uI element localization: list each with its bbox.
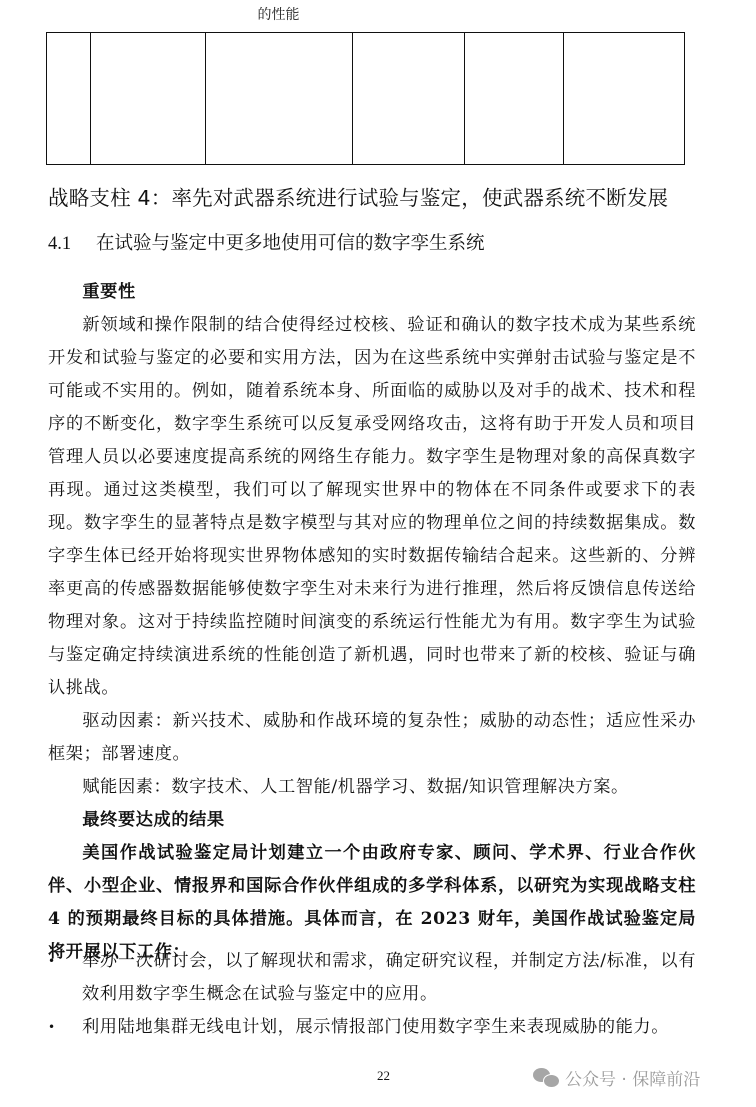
list-item: • 举办一次研讨会，以了解现状和需求，确定研究议程，并制定方法/标准，以有效利用… (48, 945, 696, 1011)
pillar-heading: 战略支柱 4：率先对武器系统进行试验与鉴定，使武器系统不断发展 (48, 181, 668, 211)
bullet-icon: • (48, 1011, 56, 1044)
watermark: 公众号 · 保障前沿 (533, 1063, 700, 1091)
watermark-text: 公众号 · 保障前沿 (565, 1065, 700, 1090)
section-number: 4.1 (48, 234, 96, 255)
list-item-text: 举办一次研讨会，以了解现状和需求，确定研究议程，并制定方法/标准，以有效利用数字… (82, 951, 696, 1004)
end-state-label: 最终要达成的结果 (48, 804, 696, 837)
bullet-icon: • (48, 945, 56, 978)
table-cell-text: 的性能 (205, 4, 352, 24)
list-item: • 利用陆地集群无线电计划，展示情报部门使用数字孪生来表现威胁的能力。 (48, 1011, 696, 1044)
drivers-paragraph: 驱动因素：新兴技术、威胁和作战环境的复杂性；威胁的动态性；适应性采办框架；部署速… (48, 705, 696, 771)
importance-label: 重要性 (48, 276, 696, 309)
list-item-text: 利用陆地集群无线电计划，展示情报部门使用数字孪生来表现威胁的能力。 (82, 1017, 669, 1037)
section-title: 在试验与鉴定中更多地使用可信的数字孪生系统 (96, 233, 485, 254)
table-column-divider (352, 33, 353, 164)
document-body: 重要性 新领域和操作限制的结合使得经过校核、验证和确认的数字技术成为某些系统开发… (48, 276, 696, 969)
table-column-divider (464, 33, 465, 164)
importance-paragraph: 新领域和操作限制的结合使得经过校核、验证和确认的数字技术成为某些系统开发和试验与… (48, 309, 696, 705)
bullet-list: • 举办一次研讨会，以了解现状和需求，确定研究议程，并制定方法/标准，以有效利用… (48, 945, 696, 1044)
table-column-divider (90, 33, 91, 164)
table-column-divider (205, 33, 206, 164)
enablers-paragraph: 赋能因素：数字技术、人工智能/机器学习、数据/知识管理解决方案。 (48, 771, 696, 804)
table-column-divider (563, 33, 564, 164)
wechat-icon (533, 1066, 559, 1088)
section-heading: 4.1在试验与鉴定中更多地使用可信的数字孪生系统 (48, 229, 485, 255)
page-number: 22 (377, 1068, 390, 1084)
table-fragment (46, 32, 685, 165)
